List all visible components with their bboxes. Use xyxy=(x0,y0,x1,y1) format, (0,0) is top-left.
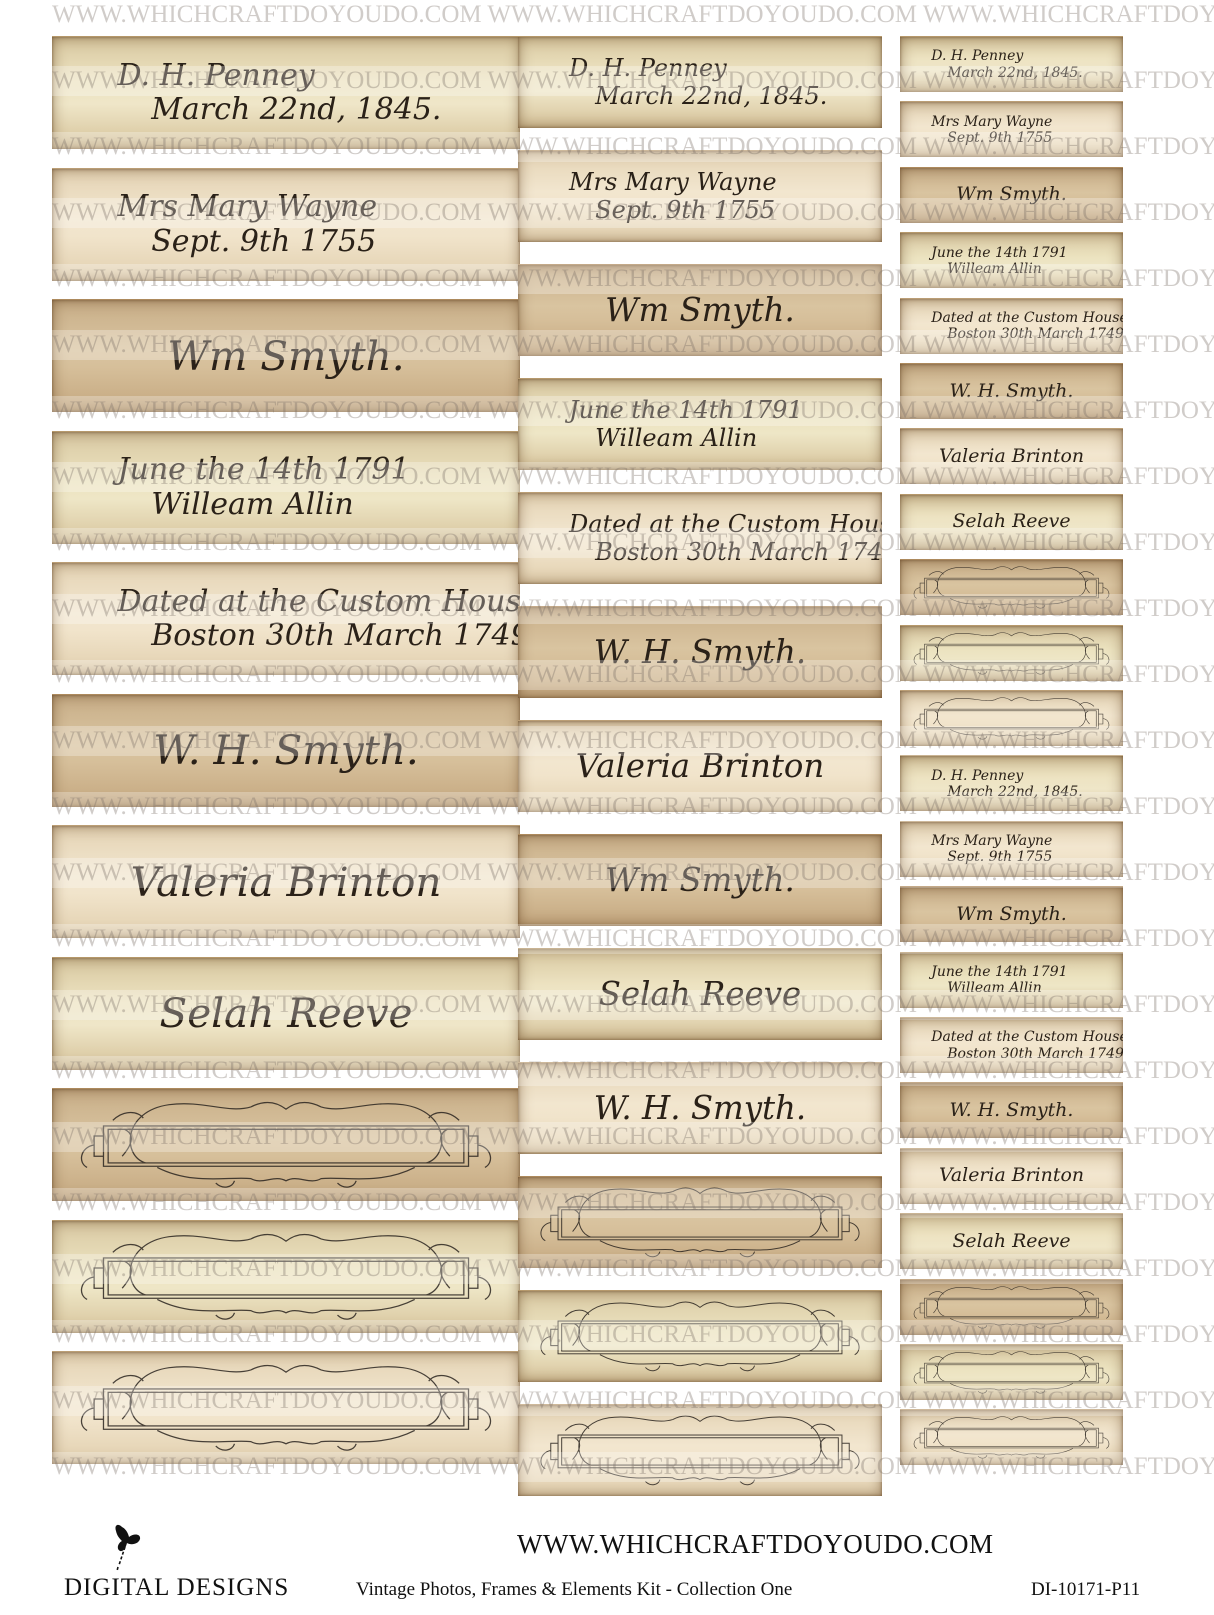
blank-frame-label xyxy=(518,1290,882,1382)
ornamental-frame-icon xyxy=(518,1291,882,1382)
handwritten-text: D. H. PenneyMarch 22nd, 1845. xyxy=(900,37,1123,92)
signature-label: Wm Smyth. xyxy=(518,264,882,356)
handwritten-text: Wm Smyth. xyxy=(900,168,1123,223)
blank-frame-label xyxy=(900,625,1123,681)
handwritten-text: Mrs Mary WayneSept. 9th 1755 xyxy=(900,822,1123,877)
handwritten-text: Valeria Brinton xyxy=(900,429,1123,484)
signature-label: Dated at the Custom HouseBoston 30th Mar… xyxy=(900,298,1123,354)
handwritten-text: Mrs Mary WayneSept. 9th 1755 xyxy=(518,151,882,242)
blank-frame-label xyxy=(900,1409,1123,1465)
signature-label: Mrs Mary WayneSept. 9th 1755 xyxy=(52,168,520,281)
signature-label: Valeria Brinton xyxy=(900,428,1123,484)
collage-sheet: D. H. PenneyMarch 22nd, 1845.Mrs Mary Wa… xyxy=(0,0,1214,1615)
blank-frame-label xyxy=(518,1176,882,1268)
signature-label: Wm Smyth. xyxy=(900,886,1123,942)
ornamental-frame-icon xyxy=(900,1280,1123,1335)
signature-label: D. H. PenneyMarch 22nd, 1845. xyxy=(518,36,882,128)
signature-label: Selah Reeve xyxy=(900,1213,1123,1269)
handwritten-text: Dated at the Custom HouseBoston 30th Mar… xyxy=(900,1018,1123,1073)
handwritten-text: Wm Smyth. xyxy=(518,835,882,926)
ornamental-frame-icon xyxy=(518,1405,882,1496)
signature-label: Wm Smyth. xyxy=(52,299,520,412)
signature-label: June the 14th 1791Willeam Allin xyxy=(900,232,1123,288)
blank-frame-label xyxy=(900,1344,1123,1400)
handwritten-text: D. H. PenneyMarch 22nd, 1845. xyxy=(900,756,1123,811)
signature-label: D. H. PenneyMarch 22nd, 1845. xyxy=(900,755,1123,811)
handwritten-text: Selah Reeve xyxy=(518,949,882,1040)
brand-name: DIGITAL DESIGNS xyxy=(64,1574,289,1602)
ornamental-frame-icon xyxy=(900,1410,1123,1465)
blank-frame-label xyxy=(52,1351,520,1464)
signature-label: Dated at the Custom HouseBoston 30th Mar… xyxy=(52,562,520,675)
signature-label: Valeria Brinton xyxy=(52,825,520,938)
ornamental-frame-icon xyxy=(900,1345,1123,1400)
signature-label: June the 14th 1791Willeam Allin xyxy=(900,952,1123,1008)
ornamental-frame-icon xyxy=(900,560,1123,615)
handwritten-text: W. H. Smyth. xyxy=(518,1063,882,1154)
blank-frame-label xyxy=(900,690,1123,746)
handwritten-text: Selah Reeve xyxy=(900,1214,1123,1269)
blank-frame-label xyxy=(518,1404,882,1496)
signature-label: W. H. Smyth. xyxy=(518,1062,882,1154)
handwritten-text: Dated at the Custom HouseBoston 30th Mar… xyxy=(900,299,1123,354)
handwritten-text: Valeria Brinton xyxy=(52,826,520,938)
ornamental-frame-icon xyxy=(900,626,1123,681)
signature-label: D. H. PenneyMarch 22nd, 1845. xyxy=(52,36,520,149)
ornamental-frame-icon xyxy=(900,691,1123,746)
handwritten-text: June the 14th 1791Willeam Allin xyxy=(52,432,520,544)
kit-title: Vintage Photos, Frames & Elements Kit - … xyxy=(356,1579,792,1601)
handwritten-text: Dated at the Custom HouseBoston 30th Mar… xyxy=(518,493,882,584)
signature-label: W. H. Smyth. xyxy=(52,694,520,807)
handwritten-text: Wm Smyth. xyxy=(52,300,520,412)
blank-frame-label xyxy=(52,1088,520,1201)
handwritten-text: Dated at the Custom HouseBoston 30th Mar… xyxy=(52,563,520,675)
signature-label: Selah Reeve xyxy=(518,948,882,1040)
signature-label: W. H. Smyth. xyxy=(900,1082,1123,1138)
signature-label: Wm Smyth. xyxy=(518,834,882,926)
handwritten-text: Wm Smyth. xyxy=(518,265,882,356)
footer-url[interactable]: WWW.WHICHCRAFTDOYOUDO.COM xyxy=(517,1529,993,1560)
handwritten-text: Wm Smyth. xyxy=(900,887,1123,942)
signature-label: Dated at the Custom HouseBoston 30th Mar… xyxy=(900,1017,1123,1073)
handwritten-text: D. H. PenneyMarch 22nd, 1845. xyxy=(52,37,520,149)
signature-label: D. H. PenneyMarch 22nd, 1845. xyxy=(900,36,1123,92)
handwritten-text: Valeria Brinton xyxy=(518,721,882,812)
signature-label: June the 14th 1791Willeam Allin xyxy=(518,378,882,470)
ornamental-frame-icon xyxy=(518,1177,882,1268)
signature-label: Selah Reeve xyxy=(52,957,520,1070)
blank-frame-label xyxy=(900,1279,1123,1335)
ornamental-frame-icon xyxy=(52,1352,520,1464)
product-code: DI-10171-P11 xyxy=(1031,1579,1140,1601)
handwritten-text: W. H. Smyth. xyxy=(52,695,520,807)
handwritten-text: Mrs Mary WayneSept. 9th 1755 xyxy=(52,169,520,281)
signature-label: Valeria Brinton xyxy=(900,1148,1123,1204)
handwritten-text: June the 14th 1791Willeam Allin xyxy=(900,233,1123,288)
signature-label: Valeria Brinton xyxy=(518,720,882,812)
signature-label: Dated at the Custom HouseBoston 30th Mar… xyxy=(518,492,882,584)
handwritten-text: W. H. Smyth. xyxy=(518,607,882,698)
handwritten-text: Selah Reeve xyxy=(900,495,1123,550)
signature-label: W. H. Smyth. xyxy=(900,363,1123,419)
signature-label: Mrs Mary WayneSept. 9th 1755 xyxy=(518,150,882,242)
signature-label: Mrs Mary WayneSept. 9th 1755 xyxy=(900,821,1123,877)
blank-frame-label xyxy=(52,1220,520,1333)
ornamental-frame-icon xyxy=(52,1089,520,1201)
ornamental-frame-icon xyxy=(52,1221,520,1333)
handwritten-text: June the 14th 1791Willeam Allin xyxy=(518,379,882,470)
signature-label: Mrs Mary WayneSept. 9th 1755 xyxy=(900,101,1123,157)
signature-label: W. H. Smyth. xyxy=(518,606,882,698)
handwritten-text: W. H. Smyth. xyxy=(900,1083,1123,1138)
handwritten-text: W. H. Smyth. xyxy=(900,364,1123,419)
signature-label: Selah Reeve xyxy=(900,494,1123,550)
handwritten-text: June the 14th 1791Willeam Allin xyxy=(900,953,1123,1008)
handwritten-text: Selah Reeve xyxy=(52,958,520,1070)
handwritten-text: Mrs Mary WayneSept. 9th 1755 xyxy=(900,102,1123,157)
handwritten-text: D. H. PenneyMarch 22nd, 1845. xyxy=(518,37,882,128)
handwritten-text: Valeria Brinton xyxy=(900,1149,1123,1204)
signature-label: Wm Smyth. xyxy=(900,167,1123,223)
butterfly-icon xyxy=(108,1521,148,1575)
blank-frame-label xyxy=(900,559,1123,615)
watermark-text: WWW.WHICHCRAFTDOYOUDO.COM WWW.WHICHCRAFT… xyxy=(52,0,1214,30)
signature-label: June the 14th 1791Willeam Allin xyxy=(52,431,520,544)
